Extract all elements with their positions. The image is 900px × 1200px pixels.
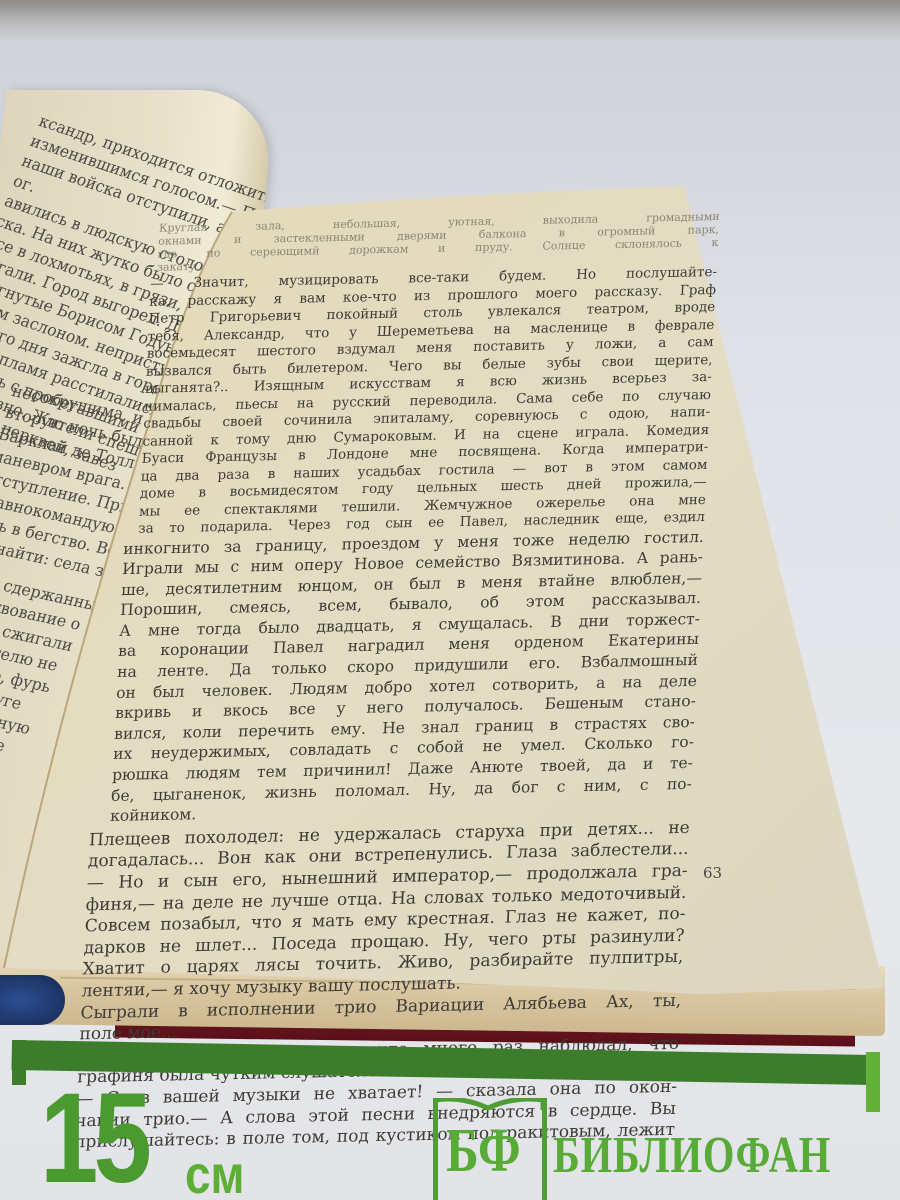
- size-unit: см: [185, 1148, 244, 1200]
- brand-name: БИБЛИОФАН: [553, 1130, 831, 1182]
- photo-scene: ксандр, приходится отложить. Слух измени…: [0, 0, 900, 1200]
- background-surface: [0, 0, 900, 40]
- left-page-text-middle: несокрушима, и обороне вторую ночь был о…: [0, 380, 217, 970]
- text-line: — Слов вашей музыки не хватает! — сказал…: [76, 1077, 678, 1111]
- book-page-edges: [0, 954, 885, 1036]
- book-logo-top-icon: [433, 1098, 547, 1112]
- size-value: 15: [40, 1075, 147, 1200]
- logo-mark: БФ: [446, 1120, 521, 1182]
- green-ruler-left-tick: [12, 1040, 26, 1085]
- green-ruler-right-tick: [866, 1052, 880, 1112]
- left-page: ксандр, приходится отложить. Слух измени…: [0, 90, 276, 970]
- page-number: 63: [703, 864, 722, 882]
- book-spine-blue: [0, 975, 65, 1025]
